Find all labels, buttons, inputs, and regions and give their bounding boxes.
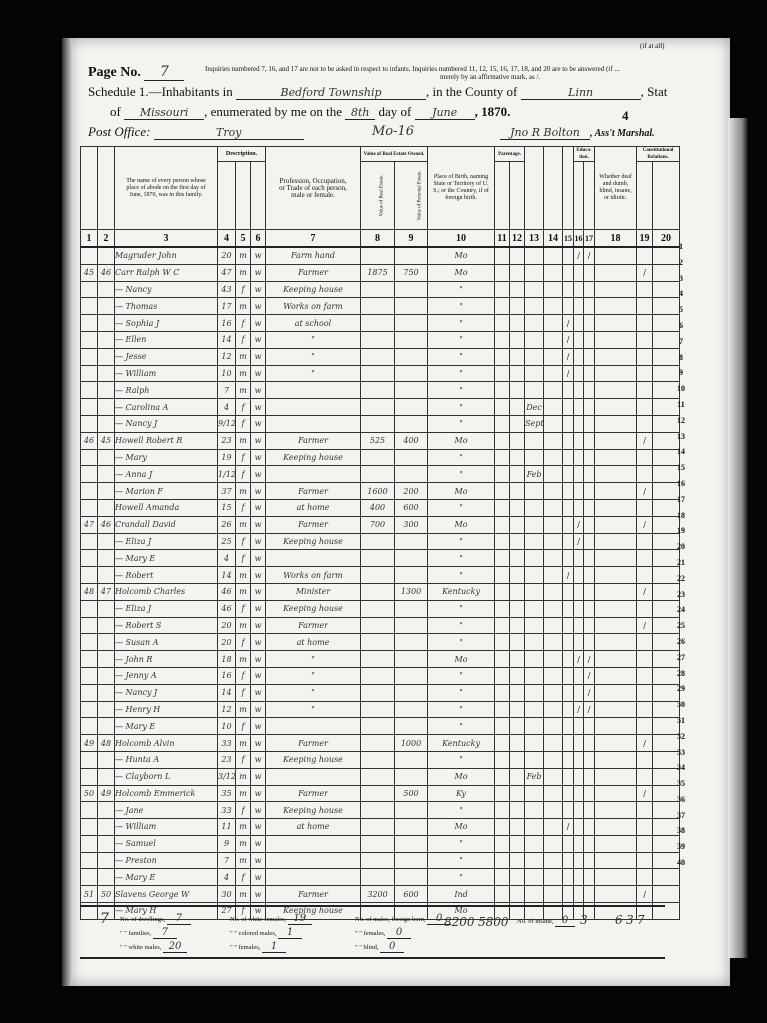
- born-in-year-cell: [525, 516, 544, 533]
- cannot-write-cell: /: [584, 701, 595, 718]
- cannot-read-cell: [574, 466, 584, 483]
- cannot-read-cell: [574, 667, 584, 684]
- cannot-write-cell: [584, 382, 595, 399]
- page-summary: 7 No. of dwellings, 7 " " families, 7 " …: [80, 905, 665, 959]
- born-in-year-cell: [525, 264, 544, 281]
- father-foreign-cell: [495, 886, 510, 903]
- father-foreign-cell: [495, 651, 510, 668]
- father-foreign-cell: [495, 264, 510, 281]
- personal-estate-value-cell: 750: [395, 264, 428, 281]
- dwelling-number-cell: 48: [81, 583, 98, 600]
- birthplace-cell: ": [428, 348, 495, 365]
- dwelling-number-cell: 46: [81, 432, 98, 449]
- table-row: — Ralph7mw": [81, 382, 680, 399]
- father-foreign-cell: [495, 499, 510, 516]
- born-in-year-cell: [525, 550, 544, 567]
- colored-females-count: " " females, 1: [230, 941, 286, 953]
- male-citizen-cell: [637, 382, 653, 399]
- dwellings-count: No. of dwellings, 7: [120, 913, 191, 925]
- age-cell: 25: [218, 533, 236, 550]
- birthplace-cell: ": [428, 701, 495, 718]
- born-in-year-cell: [525, 567, 544, 584]
- line-number: 21: [672, 555, 690, 571]
- cannot-write-cell: [584, 583, 595, 600]
- male-citizen-cell: [637, 701, 653, 718]
- birthplace-cell: ": [428, 718, 495, 735]
- family-number-cell: [98, 617, 115, 634]
- family-number-cell: [98, 718, 115, 735]
- married-in-year-cell: [544, 298, 563, 315]
- disability-cell: [595, 852, 637, 869]
- mother-foreign-cell: [510, 466, 525, 483]
- person-name-cell: — Samuel: [115, 835, 218, 852]
- person-name-cell: Slavens George W: [115, 886, 218, 903]
- married-in-year-cell: [544, 415, 563, 432]
- dwelling-number-cell: 50: [81, 785, 98, 802]
- family-number-cell: [98, 298, 115, 315]
- column-number: 17: [584, 230, 595, 248]
- mother-foreign-cell: [510, 567, 525, 584]
- line-number: 17: [672, 492, 690, 508]
- sex-cell: f: [236, 667, 251, 684]
- age-cell: 16: [218, 315, 236, 332]
- occupation-cell: at home: [266, 819, 361, 836]
- sex-cell: f: [236, 499, 251, 516]
- male-citizen-cell: [637, 315, 653, 332]
- father-foreign-cell: [495, 768, 510, 785]
- cannot-read-cell: /: [574, 651, 584, 668]
- sex-cell: m: [236, 617, 251, 634]
- personal-estate-value-cell: 1000: [395, 735, 428, 752]
- birthplace-cell: ": [428, 365, 495, 382]
- line-number: 32: [672, 729, 690, 745]
- personal-estate-value-cell: [395, 768, 428, 785]
- color-cell: w: [251, 600, 266, 617]
- table-row: — Mary19fwKeeping house": [81, 449, 680, 466]
- personal-estate-value-cell: [395, 449, 428, 466]
- person-name-cell: — Jesse: [115, 348, 218, 365]
- personal-estate-value-cell: [395, 348, 428, 365]
- married-in-year-cell: [544, 550, 563, 567]
- cannot-read-cell: [574, 735, 584, 752]
- family-number-cell: [98, 449, 115, 466]
- cannot-read-cell: [574, 399, 584, 416]
- family-number-cell: [98, 567, 115, 584]
- personal-estate-value-cell: [395, 533, 428, 550]
- birthplace-cell: ": [428, 315, 495, 332]
- born-in-year-cell: [525, 835, 544, 852]
- person-name-cell: — Ralph: [115, 382, 218, 399]
- color-cell: w: [251, 247, 266, 264]
- table-row: — William11mwat homeMo/: [81, 819, 680, 836]
- table-row: 4847Holcomb Charles46mwMinister1300Kentu…: [81, 583, 680, 600]
- personal-estate-value-cell: [395, 835, 428, 852]
- column-number: 15: [563, 230, 574, 248]
- age-cell: 20: [218, 247, 236, 264]
- male-citizen-cell: [637, 348, 653, 365]
- column-number: 4: [218, 230, 236, 248]
- disability-cell: [595, 432, 637, 449]
- mother-foreign-cell: [510, 315, 525, 332]
- occupation-cell: at home: [266, 634, 361, 651]
- born-in-year-cell: [525, 483, 544, 500]
- person-name-cell: — Eliza J: [115, 600, 218, 617]
- sex-cell: f: [236, 415, 251, 432]
- column-number: 10: [428, 230, 495, 248]
- personal-estate-value-cell: [395, 634, 428, 651]
- male-citizen-cell: [637, 247, 653, 264]
- disability-cell: [595, 583, 637, 600]
- married-in-year-cell: [544, 348, 563, 365]
- header-born-in-year: If born within the year, state month (Ja…: [525, 147, 544, 230]
- father-foreign-cell: [495, 684, 510, 701]
- married-in-year-cell: [544, 247, 563, 264]
- father-foreign-cell: [495, 382, 510, 399]
- cannot-read-cell: [574, 751, 584, 768]
- real-estate-value-cell: [361, 651, 395, 668]
- personal-estate-value-cell: 200: [395, 483, 428, 500]
- birthplace-cell: Ind: [428, 886, 495, 903]
- occupation-cell: [266, 415, 361, 432]
- header-occupation: Profession, Occupation, or Trade of each…: [266, 147, 361, 230]
- of-label: of: [110, 104, 121, 119]
- person-name-cell: Carr Ralph W C: [115, 264, 218, 281]
- father-foreign-cell: [495, 449, 510, 466]
- birthplace-cell: ": [428, 617, 495, 634]
- dwelling-number-cell: [81, 617, 98, 634]
- attended-school-cell: /: [563, 365, 574, 382]
- family-number-cell: [98, 751, 115, 768]
- attended-school-cell: [563, 634, 574, 651]
- top-right-note: (if at all): [640, 42, 665, 50]
- father-foreign-cell: [495, 247, 510, 264]
- born-in-year-cell: Sept: [525, 415, 544, 432]
- real-estate-value-cell: 700: [361, 516, 395, 533]
- table-row: — Samuel9mw": [81, 835, 680, 852]
- line-number: 29: [672, 681, 690, 697]
- personal-estate-value-cell: [395, 331, 428, 348]
- color-cell: w: [251, 617, 266, 634]
- enumerated-label: , enumerated by me on the: [204, 104, 342, 119]
- page-label: Page No.: [88, 65, 141, 80]
- color-cell: w: [251, 835, 266, 852]
- age-cell: 4: [218, 869, 236, 886]
- dwelling-number-cell: [81, 382, 98, 399]
- real-estate-value-cell: [361, 583, 395, 600]
- table-row: 4645Howell Robert R23mwFarmer525400Mo/: [81, 432, 680, 449]
- male-citizen-cell: [637, 281, 653, 298]
- age-cell: 1/12: [218, 466, 236, 483]
- color-cell: w: [251, 684, 266, 701]
- color-cell: w: [251, 499, 266, 516]
- age-cell: 3/12: [218, 768, 236, 785]
- summary-col1-value: 7: [100, 911, 109, 927]
- occupation-cell: [266, 399, 361, 416]
- family-number-cell: 49: [98, 785, 115, 802]
- disability-cell: [595, 550, 637, 567]
- mother-foreign-cell: [510, 684, 525, 701]
- married-in-year-cell: [544, 600, 563, 617]
- father-foreign-cell: [495, 701, 510, 718]
- family-number-cell: [98, 701, 115, 718]
- family-number-cell: [98, 499, 115, 516]
- dwelling-number-cell: 51: [81, 886, 98, 903]
- col16-total: 3: [626, 913, 634, 927]
- dwelling-number-cell: [81, 600, 98, 617]
- disability-cell: [595, 264, 637, 281]
- cannot-read-cell: [574, 583, 584, 600]
- birthplace-cell: Mo: [428, 247, 495, 264]
- mother-foreign-cell: [510, 415, 525, 432]
- day-field: 8th: [345, 106, 375, 120]
- person-name-cell: Holcomb Charles: [115, 583, 218, 600]
- father-foreign-cell: [495, 835, 510, 852]
- disability-cell: [595, 382, 637, 399]
- father-foreign-cell: [495, 634, 510, 651]
- attended-school-cell: [563, 247, 574, 264]
- cannot-read-cell: [574, 802, 584, 819]
- attended-school-cell: [563, 701, 574, 718]
- line-number: 36: [672, 792, 690, 808]
- table-row: — John R18mw"Mo//: [81, 651, 680, 668]
- sex-cell: f: [236, 315, 251, 332]
- father-foreign-cell: [495, 281, 510, 298]
- color-cell: w: [251, 382, 266, 399]
- sex-cell: m: [236, 348, 251, 365]
- born-in-year-cell: [525, 499, 544, 516]
- attended-school-cell: /: [563, 819, 574, 836]
- attended-school-cell: [563, 617, 574, 634]
- line-number: 28: [672, 666, 690, 682]
- father-foreign-cell: [495, 617, 510, 634]
- personal-estate-value-cell: [395, 415, 428, 432]
- occupation-cell: at school: [266, 315, 361, 332]
- male-citizen-cell: [637, 399, 653, 416]
- cannot-read-cell: [574, 348, 584, 365]
- age-cell: 43: [218, 281, 236, 298]
- occupation-cell: Farmer: [266, 617, 361, 634]
- real-estate-value-cell: [361, 667, 395, 684]
- birthplace-cell: ": [428, 533, 495, 550]
- birthplace-cell: Kentucky: [428, 735, 495, 752]
- male-citizen-cell: [637, 819, 653, 836]
- occupation-cell: Farmer: [266, 432, 361, 449]
- cannot-write-cell: [584, 298, 595, 315]
- cannot-read-cell: [574, 634, 584, 651]
- occupation-cell: at home: [266, 499, 361, 516]
- real-estate-value-cell: 400: [361, 499, 395, 516]
- personal-estate-value-cell: [395, 550, 428, 567]
- dwelling-number-cell: [81, 298, 98, 315]
- sex-cell: m: [236, 785, 251, 802]
- sex-cell: m: [236, 768, 251, 785]
- married-in-year-cell: [544, 701, 563, 718]
- birthplace-cell: ": [428, 667, 495, 684]
- real-estate-value-cell: 3200: [361, 886, 395, 903]
- birthplace-cell: ": [428, 399, 495, 416]
- header-birthplace: Place of Birth, naming State or Territor…: [428, 147, 495, 230]
- birthplace-cell: ": [428, 466, 495, 483]
- father-foreign-cell: [495, 718, 510, 735]
- table-row: — Nancy43fwKeeping house": [81, 281, 680, 298]
- color-cell: w: [251, 348, 266, 365]
- cannot-write-cell: [584, 785, 595, 802]
- cannot-read-cell: [574, 886, 584, 903]
- column-number: 7: [266, 230, 361, 248]
- family-number-cell: 47: [98, 583, 115, 600]
- column-number: 12: [510, 230, 525, 248]
- birthplace-cell: ": [428, 499, 495, 516]
- male-citizen-cell: /: [637, 516, 653, 533]
- male-citizen-cell: [637, 751, 653, 768]
- age-cell: 26: [218, 516, 236, 533]
- sex-cell: f: [236, 600, 251, 617]
- cannot-read-cell: [574, 869, 584, 886]
- cannot-read-cell: [574, 298, 584, 315]
- line-number: 18: [672, 508, 690, 524]
- real-estate-value-cell: [361, 281, 395, 298]
- person-name-cell: — Carolina A: [115, 399, 218, 416]
- sheet-number: 4: [622, 108, 629, 124]
- cannot-read-cell: [574, 281, 584, 298]
- header-cannot-write: Cannot write.: [584, 162, 595, 230]
- father-foreign-cell: [495, 298, 510, 315]
- attended-school-cell: [563, 550, 574, 567]
- personal-estate-value-cell: [395, 869, 428, 886]
- mother-foreign-cell: [510, 298, 525, 315]
- age-cell: 33: [218, 735, 236, 752]
- real-estate-value-cell: [361, 600, 395, 617]
- person-name-cell: — Mary E: [115, 718, 218, 735]
- disability-cell: [595, 600, 637, 617]
- family-number-cell: [98, 819, 115, 836]
- line-number: 5: [672, 302, 690, 318]
- dwelling-number-cell: [81, 869, 98, 886]
- married-in-year-cell: [544, 819, 563, 836]
- occupation-cell: Farmer: [266, 735, 361, 752]
- occupation-cell: [266, 852, 361, 869]
- attended-school-cell: [563, 516, 574, 533]
- line-number: 30: [672, 697, 690, 713]
- line-number: 20: [672, 539, 690, 555]
- header-attended-school: Attended school within the year.: [563, 147, 574, 230]
- line-number: 8: [672, 350, 690, 366]
- person-name-cell: — Nancy: [115, 281, 218, 298]
- dwelling-number-cell: [81, 415, 98, 432]
- color-cell: w: [251, 667, 266, 684]
- real-estate-value-cell: [361, 802, 395, 819]
- marshal-signature: Jno R Bolton: [500, 126, 590, 140]
- disability-cell: [595, 415, 637, 432]
- sex-cell: f: [236, 281, 251, 298]
- color-cell: w: [251, 315, 266, 332]
- cannot-read-cell: [574, 600, 584, 617]
- occupation-cell: [266, 835, 361, 852]
- sex-cell: f: [236, 684, 251, 701]
- married-in-year-cell: [544, 735, 563, 752]
- line-number: 2: [672, 255, 690, 271]
- line-number: 23: [672, 587, 690, 603]
- cannot-read-cell: [574, 617, 584, 634]
- sex-cell: f: [236, 802, 251, 819]
- mother-foreign-cell: [510, 516, 525, 533]
- column-number: 3: [115, 230, 218, 248]
- real-estate-value-cell: [361, 684, 395, 701]
- sex-cell: m: [236, 432, 251, 449]
- married-in-year-cell: [544, 432, 563, 449]
- line-number: 3: [672, 271, 690, 287]
- mother-foreign-cell: [510, 264, 525, 281]
- married-in-year-cell: [544, 399, 563, 416]
- mother-foreign-cell: [510, 819, 525, 836]
- sex-cell: m: [236, 852, 251, 869]
- attended-school-cell: /: [563, 348, 574, 365]
- family-number-cell: [98, 382, 115, 399]
- married-in-year-cell: [544, 499, 563, 516]
- dwelling-number-cell: [81, 281, 98, 298]
- color-cell: w: [251, 634, 266, 651]
- married-in-year-cell: [544, 835, 563, 852]
- married-in-year-cell: [544, 331, 563, 348]
- cannot-write-cell: [584, 466, 595, 483]
- month-field: June: [415, 106, 475, 120]
- person-name-cell: — Robert: [115, 567, 218, 584]
- occupation-cell: Keeping house: [266, 802, 361, 819]
- table-row: — Jane33fwKeeping house": [81, 802, 680, 819]
- birthplace-cell: Ky: [428, 785, 495, 802]
- color-cell: w: [251, 869, 266, 886]
- family-number-cell: [98, 667, 115, 684]
- color-cell: w: [251, 264, 266, 281]
- father-foreign-cell: [495, 600, 510, 617]
- cannot-read-cell: [574, 432, 584, 449]
- person-name-cell: — Jenny A: [115, 667, 218, 684]
- mother-foreign-cell: [510, 399, 525, 416]
- age-cell: 23: [218, 751, 236, 768]
- married-in-year-cell: [544, 449, 563, 466]
- mother-foreign-cell: [510, 382, 525, 399]
- male-citizen-cell: [637, 550, 653, 567]
- foreign-males-count: No. of males, foreign born, 0: [355, 913, 451, 925]
- real-estate-value-cell: [361, 852, 395, 869]
- attended-school-cell: [563, 751, 574, 768]
- father-foreign-cell: [495, 516, 510, 533]
- line-number: 9: [672, 365, 690, 381]
- attended-school-cell: [563, 399, 574, 416]
- real-estate-value-cell: [361, 751, 395, 768]
- real-estate-value-cell: [361, 634, 395, 651]
- person-name-cell: Howell Amanda: [115, 499, 218, 516]
- birthplace-cell: ": [428, 600, 495, 617]
- real-estate-value-cell: [361, 550, 395, 567]
- real-estate-value-cell: [361, 415, 395, 432]
- disability-cell: [595, 466, 637, 483]
- occupation-cell: Farmer: [266, 886, 361, 903]
- header-education: Educa-tion.: [574, 147, 595, 162]
- family-number-cell: 46: [98, 516, 115, 533]
- cannot-read-cell: /: [574, 516, 584, 533]
- family-number-cell: [98, 634, 115, 651]
- dwelling-number-cell: [81, 399, 98, 416]
- mother-foreign-cell: [510, 634, 525, 651]
- person-name-cell: — John R: [115, 651, 218, 668]
- column-numbers-row: 1 2 3 4 5 6 7 8 9 10 11 12 13 14 15 16 1…: [81, 230, 680, 248]
- male-citizen-cell: [637, 802, 653, 819]
- occupation-cell: [266, 466, 361, 483]
- mother-foreign-cell: [510, 852, 525, 869]
- age-cell: 14: [218, 567, 236, 584]
- dwelling-number-cell: [81, 651, 98, 668]
